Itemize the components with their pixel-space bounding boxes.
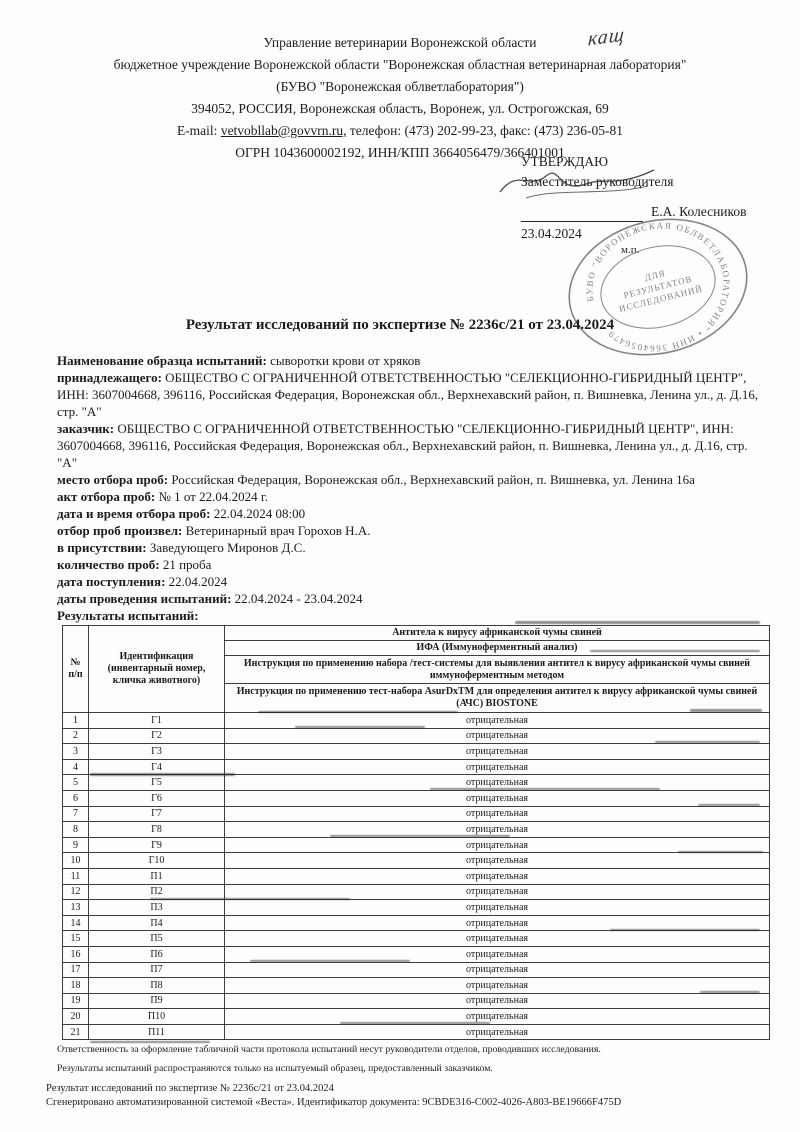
test-result: отрицательная <box>225 931 770 947</box>
org-address: 394052, РОССИЯ, Воронежская область, Вор… <box>45 98 755 120</box>
field-value: 22.04.2024 <box>169 574 228 589</box>
footer-generated-line: Сгенерировано автоматизированной системо… <box>46 1096 766 1110</box>
animal-id: Г5 <box>89 775 225 791</box>
document-footer: Результат исследований по экспертизе № 2… <box>46 1082 766 1110</box>
field-line: в присутствии: Заведующего Миронов Д.С. <box>57 539 765 556</box>
row-number: 21 <box>63 1024 89 1040</box>
table-row: 5 Г5 отрицательная <box>63 775 770 791</box>
row-number: 14 <box>63 915 89 931</box>
test-result: отрицательная <box>225 759 770 775</box>
field-value: Ветеринарный врач Горохов Н.А. <box>186 523 371 538</box>
field-label: Результаты испытаний: <box>57 608 199 623</box>
row-number: 2 <box>63 728 89 744</box>
scan-artifact <box>515 621 760 624</box>
col-id-header: Идентификация (инвентарный номер, кличка… <box>89 626 225 713</box>
scan-artifact <box>690 709 762 712</box>
row-number: 15 <box>63 931 89 947</box>
row-number: 3 <box>63 744 89 760</box>
animal-id: Г1 <box>89 713 225 729</box>
row-number: 20 <box>63 1009 89 1025</box>
row-number: 7 <box>63 806 89 822</box>
document-page: Управление ветеринарии Воронежской облас… <box>0 0 800 1132</box>
scan-artifact <box>610 929 760 931</box>
scan-artifact <box>590 650 760 652</box>
scan-artifact <box>678 851 763 853</box>
row-number: 17 <box>63 962 89 978</box>
animal-id: Г9 <box>89 837 225 853</box>
animal-id: П1 <box>89 868 225 884</box>
table-row: 9 Г9 отрицательная <box>63 837 770 853</box>
org-department: Управление ветеринарии Воронежской облас… <box>45 32 755 54</box>
field-value: № 1 от 22.04.2024 г. <box>158 489 268 504</box>
scan-artifact <box>655 741 760 743</box>
scan-artifact <box>698 804 760 806</box>
field-label: в присутствии: <box>57 540 147 555</box>
field-label: даты проведения испытаний: <box>57 591 231 606</box>
table-row: 7 Г7 отрицательная <box>63 806 770 822</box>
row-number: 8 <box>63 822 89 838</box>
row-number: 6 <box>63 790 89 806</box>
field-label: дата и время отбора проб: <box>57 506 211 521</box>
animal-id: Г3 <box>89 744 225 760</box>
field-label: место отбора проб: <box>57 472 168 487</box>
scan-artifact <box>340 1022 490 1024</box>
row-number: 4 <box>63 759 89 775</box>
email-link: vetvobllab@govvrn.ru, <box>221 123 347 138</box>
animal-id: Г8 <box>89 822 225 838</box>
approver-position: Заместитель руководителя <box>521 172 776 192</box>
table-row: 6 Г6 отрицательная <box>63 790 770 806</box>
letterhead: Управление ветеринарии Воронежской облас… <box>45 32 755 164</box>
phone-fax: телефон: (473) 202-99-23, факс: (473) 23… <box>350 123 623 138</box>
field-line: Наименование образца испытаний: сыворотк… <box>57 352 765 369</box>
test-result: отрицательная <box>225 806 770 822</box>
test-result: отрицательная <box>225 1009 770 1025</box>
footnotes: Ответственность за оформление табличной … <box>57 1044 763 1082</box>
table-row: 11 П1 отрицательная <box>63 868 770 884</box>
field-value: ОБЩЕСТВО С ОГРАНИЧЕННОЙ ОТВЕТСТВЕННОСТЬЮ… <box>57 370 758 419</box>
test-result: отрицательная <box>225 744 770 760</box>
row-number: 10 <box>63 853 89 869</box>
scan-artifact <box>250 960 410 962</box>
field-value: 21 проба <box>163 557 212 572</box>
field-label: заказчик: <box>57 421 114 436</box>
field-label: количество проб: <box>57 557 160 572</box>
scan-artifact <box>150 898 350 900</box>
row-number: 18 <box>63 978 89 994</box>
footer-expertise-line: Результат исследований по экспертизе № 2… <box>46 1082 766 1096</box>
animal-id: П5 <box>89 931 225 947</box>
animal-id: П11 <box>89 1024 225 1040</box>
email-label: E-mail: <box>177 123 218 138</box>
test-result: отрицательная <box>225 962 770 978</box>
test-header-instruction: Инструкция по применению набора /тест-си… <box>225 656 770 684</box>
field-value: 22.04.2024 08:00 <box>214 506 305 521</box>
footnote-line: Ответственность за оформление табличной … <box>57 1044 763 1056</box>
row-number: 12 <box>63 884 89 900</box>
document-title: Результат исследований по экспертизе № 2… <box>0 317 800 334</box>
field-line: дата и время отбора проб: 22.04.2024 08:… <box>57 505 765 522</box>
col-num-header: № п/п <box>63 626 89 713</box>
table-row: 18 П8 отрицательная <box>63 978 770 994</box>
table-row: 16 П6 отрицательная <box>63 946 770 962</box>
field-line: место отбора проб: Российская Федерация,… <box>57 471 765 488</box>
lab-stamp: БУВО "ВОРОНЕЖСКАЯ ОБЛВЕТЛАБОРАТОРИЯ" • И… <box>560 213 756 361</box>
animal-id: Г2 <box>89 728 225 744</box>
scan-artifact <box>90 1041 210 1043</box>
field-line: отбор проб произвел: Ветеринарный врач Г… <box>57 522 765 539</box>
row-number: 9 <box>63 837 89 853</box>
row-number: 1 <box>63 713 89 729</box>
field-value: Российская Федерация, Воронежская обл., … <box>171 472 695 487</box>
org-short-name: (БУВО "Воронежская облветлаборатория") <box>45 76 755 98</box>
field-label: дата поступления: <box>57 574 165 589</box>
field-value: сыворотки крови от хряков <box>270 353 420 368</box>
animal-id: П8 <box>89 978 225 994</box>
scan-artifact <box>430 788 660 790</box>
field-line: акт отбора проб: № 1 от 22.04.2024 г. <box>57 488 765 505</box>
row-number: 13 <box>63 900 89 916</box>
test-header-kit: Инструкция по применению тест-набора Asu… <box>225 684 770 713</box>
scan-artifact <box>90 773 235 776</box>
animal-id: Г10 <box>89 853 225 869</box>
animal-id: П3 <box>89 900 225 916</box>
animal-id: П7 <box>89 962 225 978</box>
table-row: 13 П3 отрицательная <box>63 900 770 916</box>
table-row: 15 П5 отрицательная <box>63 931 770 947</box>
animal-id: П10 <box>89 1009 225 1025</box>
animal-id: П4 <box>89 915 225 931</box>
field-line: количество проб: 21 проба <box>57 556 765 573</box>
test-result: отрицательная <box>225 978 770 994</box>
test-result: отрицательная <box>225 868 770 884</box>
test-header-disease: Антитела к вирусу африканской чумы свине… <box>225 626 770 641</box>
field-line: дата поступления: 22.04.2024 <box>57 573 765 590</box>
row-number: 19 <box>63 993 89 1009</box>
test-result: отрицательная <box>225 1024 770 1040</box>
table-row: 17 П7 отрицательная <box>63 962 770 978</box>
scan-artifact <box>258 711 458 713</box>
field-line: принадлежащего: ОБЩЕСТВО С ОГРАНИЧЕННОЙ … <box>57 369 765 420</box>
table-row: 21 П11 отрицательная <box>63 1024 770 1040</box>
approve-label: УТВЕРЖДАЮ <box>521 152 776 172</box>
org-full-name: бюджетное учреждение Воронежской области… <box>45 54 755 76</box>
test-result: отрицательная <box>225 993 770 1009</box>
results-table: № п/п Идентификация (инвентарный номер, … <box>62 625 770 1040</box>
sample-fields: Наименование образца испытаний: сыворотк… <box>57 352 765 624</box>
animal-id: Г7 <box>89 806 225 822</box>
table-row: 19 П9 отрицательная <box>63 993 770 1009</box>
field-label: принадлежащего: <box>57 370 162 385</box>
row-number: 16 <box>63 946 89 962</box>
field-value: 22.04.2024 - 23.04.2024 <box>235 591 363 606</box>
field-value: ОБЩЕСТВО С ОГРАНИЧЕННОЙ ОТВЕТСТВЕННОСТЬЮ… <box>57 421 748 470</box>
row-number: 5 <box>63 775 89 791</box>
handwritten-mark: кащ <box>587 24 626 52</box>
table-row: 3 Г3 отрицательная <box>63 744 770 760</box>
org-contacts: E-mail: vetvobllab@govvrn.ru, телефон: (… <box>45 120 755 142</box>
scan-artifact <box>330 835 510 837</box>
test-result: отрицательная <box>225 900 770 916</box>
table-row: 10 Г10 отрицательная <box>63 853 770 869</box>
animal-id: П9 <box>89 993 225 1009</box>
animal-id: Г6 <box>89 790 225 806</box>
test-result: отрицательная <box>225 790 770 806</box>
test-result: отрицательная <box>225 853 770 869</box>
footnote-line: Результаты испытаний распространяются то… <box>57 1063 763 1075</box>
row-number: 11 <box>63 868 89 884</box>
field-line: заказчик: ОБЩЕСТВО С ОГРАНИЧЕННОЙ ОТВЕТС… <box>57 420 765 471</box>
results-table-body: 1 Г1 отрицательная 2 Г2 отрицательная 3 … <box>63 713 770 1040</box>
field-label: отбор проб произвел: <box>57 523 182 538</box>
field-line: даты проведения испытаний: 22.04.2024 - … <box>57 590 765 607</box>
scan-artifact <box>295 726 425 728</box>
field-value: Заведующего Миронов Д.С. <box>150 540 306 555</box>
field-label: Наименование образца испытаний: <box>57 353 267 368</box>
scan-artifact <box>700 991 760 993</box>
test-header-method: ИФА (Иммуноферментный анализ) <box>225 641 770 656</box>
animal-id: П6 <box>89 946 225 962</box>
field-label: акт отбора проб: <box>57 489 155 504</box>
